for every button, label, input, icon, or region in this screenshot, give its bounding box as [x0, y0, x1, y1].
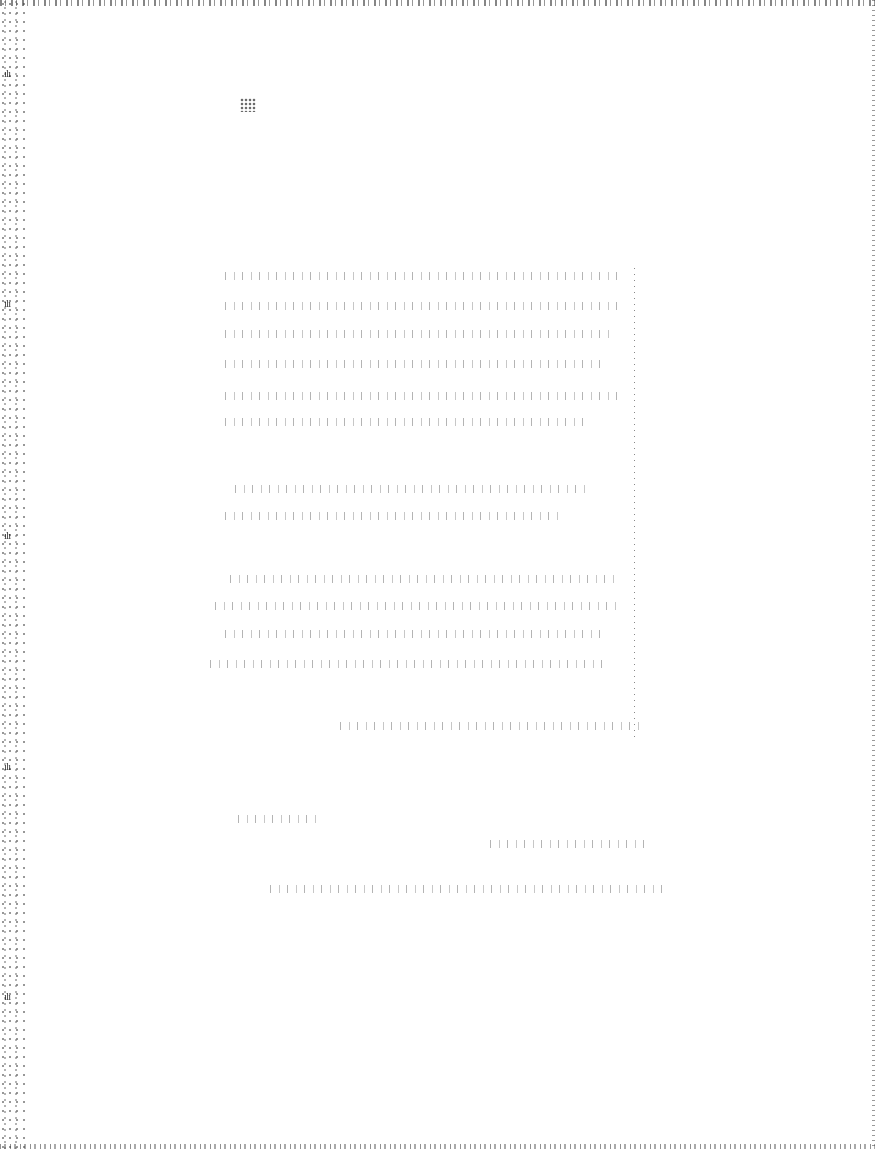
stamp-mark-icon	[240, 98, 256, 112]
binding-hole-icon: ılı	[4, 530, 24, 542]
document-title: [illegible]	[400, 163, 500, 191]
text-line	[225, 418, 585, 426]
text-line	[490, 840, 650, 848]
text-line	[230, 575, 620, 583]
binding-hole-icon: ılı	[4, 298, 24, 310]
binding-hole-icon: ılı	[4, 68, 24, 80]
text-line	[225, 630, 605, 638]
scan-bottom-edge	[0, 1144, 875, 1149]
binding-hole-icon: ılı	[4, 761, 24, 773]
text-line	[238, 815, 318, 823]
text-line	[270, 885, 670, 893]
text-line	[225, 272, 620, 280]
text-line	[225, 360, 605, 368]
text-line	[225, 392, 620, 400]
text-line	[235, 485, 585, 493]
text-line	[225, 302, 625, 310]
scan-left-margin-noise	[0, 0, 26, 1149]
text-line	[210, 660, 610, 668]
text-line	[340, 722, 640, 730]
scanned-document-page: ılı ılı ılı ılı ılı [illegible] [illegib…	[0, 0, 875, 1149]
text-line	[225, 512, 565, 520]
vertical-rule	[634, 268, 635, 738]
binding-hole-icon: ılı	[4, 991, 24, 1003]
text-line	[225, 330, 615, 338]
scan-top-edge	[0, 0, 875, 6]
text-line	[215, 602, 620, 610]
